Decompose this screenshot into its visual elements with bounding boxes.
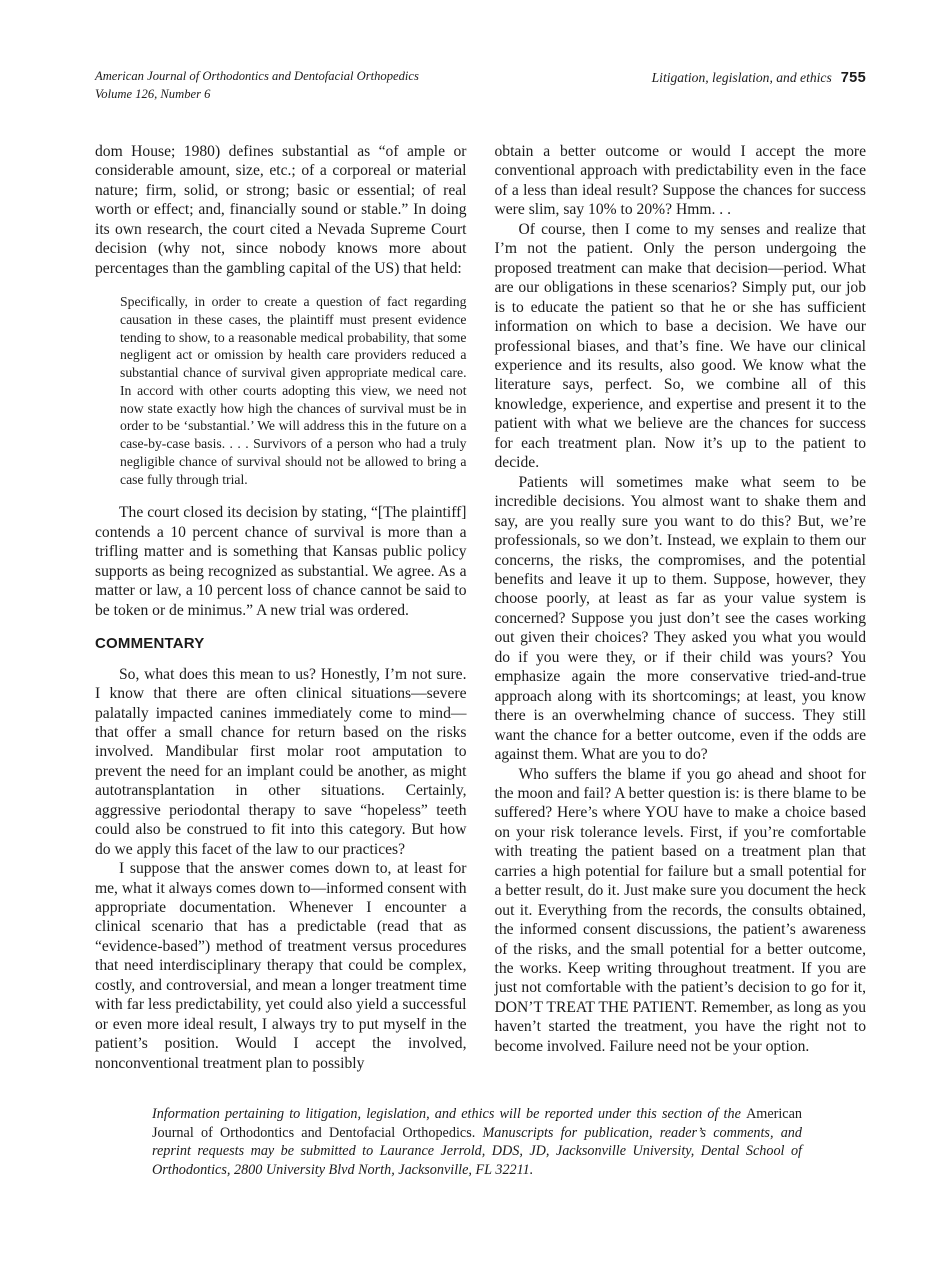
running-header: American Journal of Orthodontics and Den…: [95, 68, 866, 103]
block-quote: Specifically, in order to create a quest…: [120, 293, 467, 488]
section-footnote: Information pertaining to litigation, le…: [152, 1105, 802, 1179]
body-paragraph: So, what does this mean to us? Honestly,…: [95, 665, 467, 860]
journal-page: American Journal of Orthodontics and Den…: [0, 0, 950, 1272]
footnote-text-italic: Information pertaining to litigation, le…: [152, 1106, 746, 1122]
volume-number: Volume 126, Number 6: [95, 86, 419, 104]
body-paragraph: Of course, then I come to my senses and …: [495, 220, 867, 473]
journal-name: American Journal of Orthodontics and Den…: [95, 68, 419, 86]
running-title-block: Litigation, legislation, and ethics755: [652, 68, 866, 87]
body-paragraph: Who suffers the blame if you go ahead an…: [495, 765, 867, 1057]
running-title: Litigation, legislation, and ethics: [652, 70, 832, 85]
body-paragraph: The court closed its decision by stating…: [95, 503, 467, 620]
body-paragraph: dom House; 1980) defines substantial as …: [95, 142, 467, 278]
body-paragraph: obtain a better outcome or would I accep…: [495, 142, 867, 220]
page-number: 755: [841, 70, 866, 86]
body-paragraph: I suppose that the answer comes down to,…: [95, 859, 467, 1073]
left-column: dom House; 1980) defines substantial as …: [95, 142, 467, 1073]
section-heading: COMMENTARY: [95, 634, 467, 653]
article-body: dom House; 1980) defines substantial as …: [95, 142, 866, 1073]
journal-identification: American Journal of Orthodontics and Den…: [95, 68, 419, 103]
right-column: obtain a better outcome or would I accep…: [495, 142, 867, 1073]
body-paragraph: Patients will sometimes make what seem t…: [495, 473, 867, 765]
